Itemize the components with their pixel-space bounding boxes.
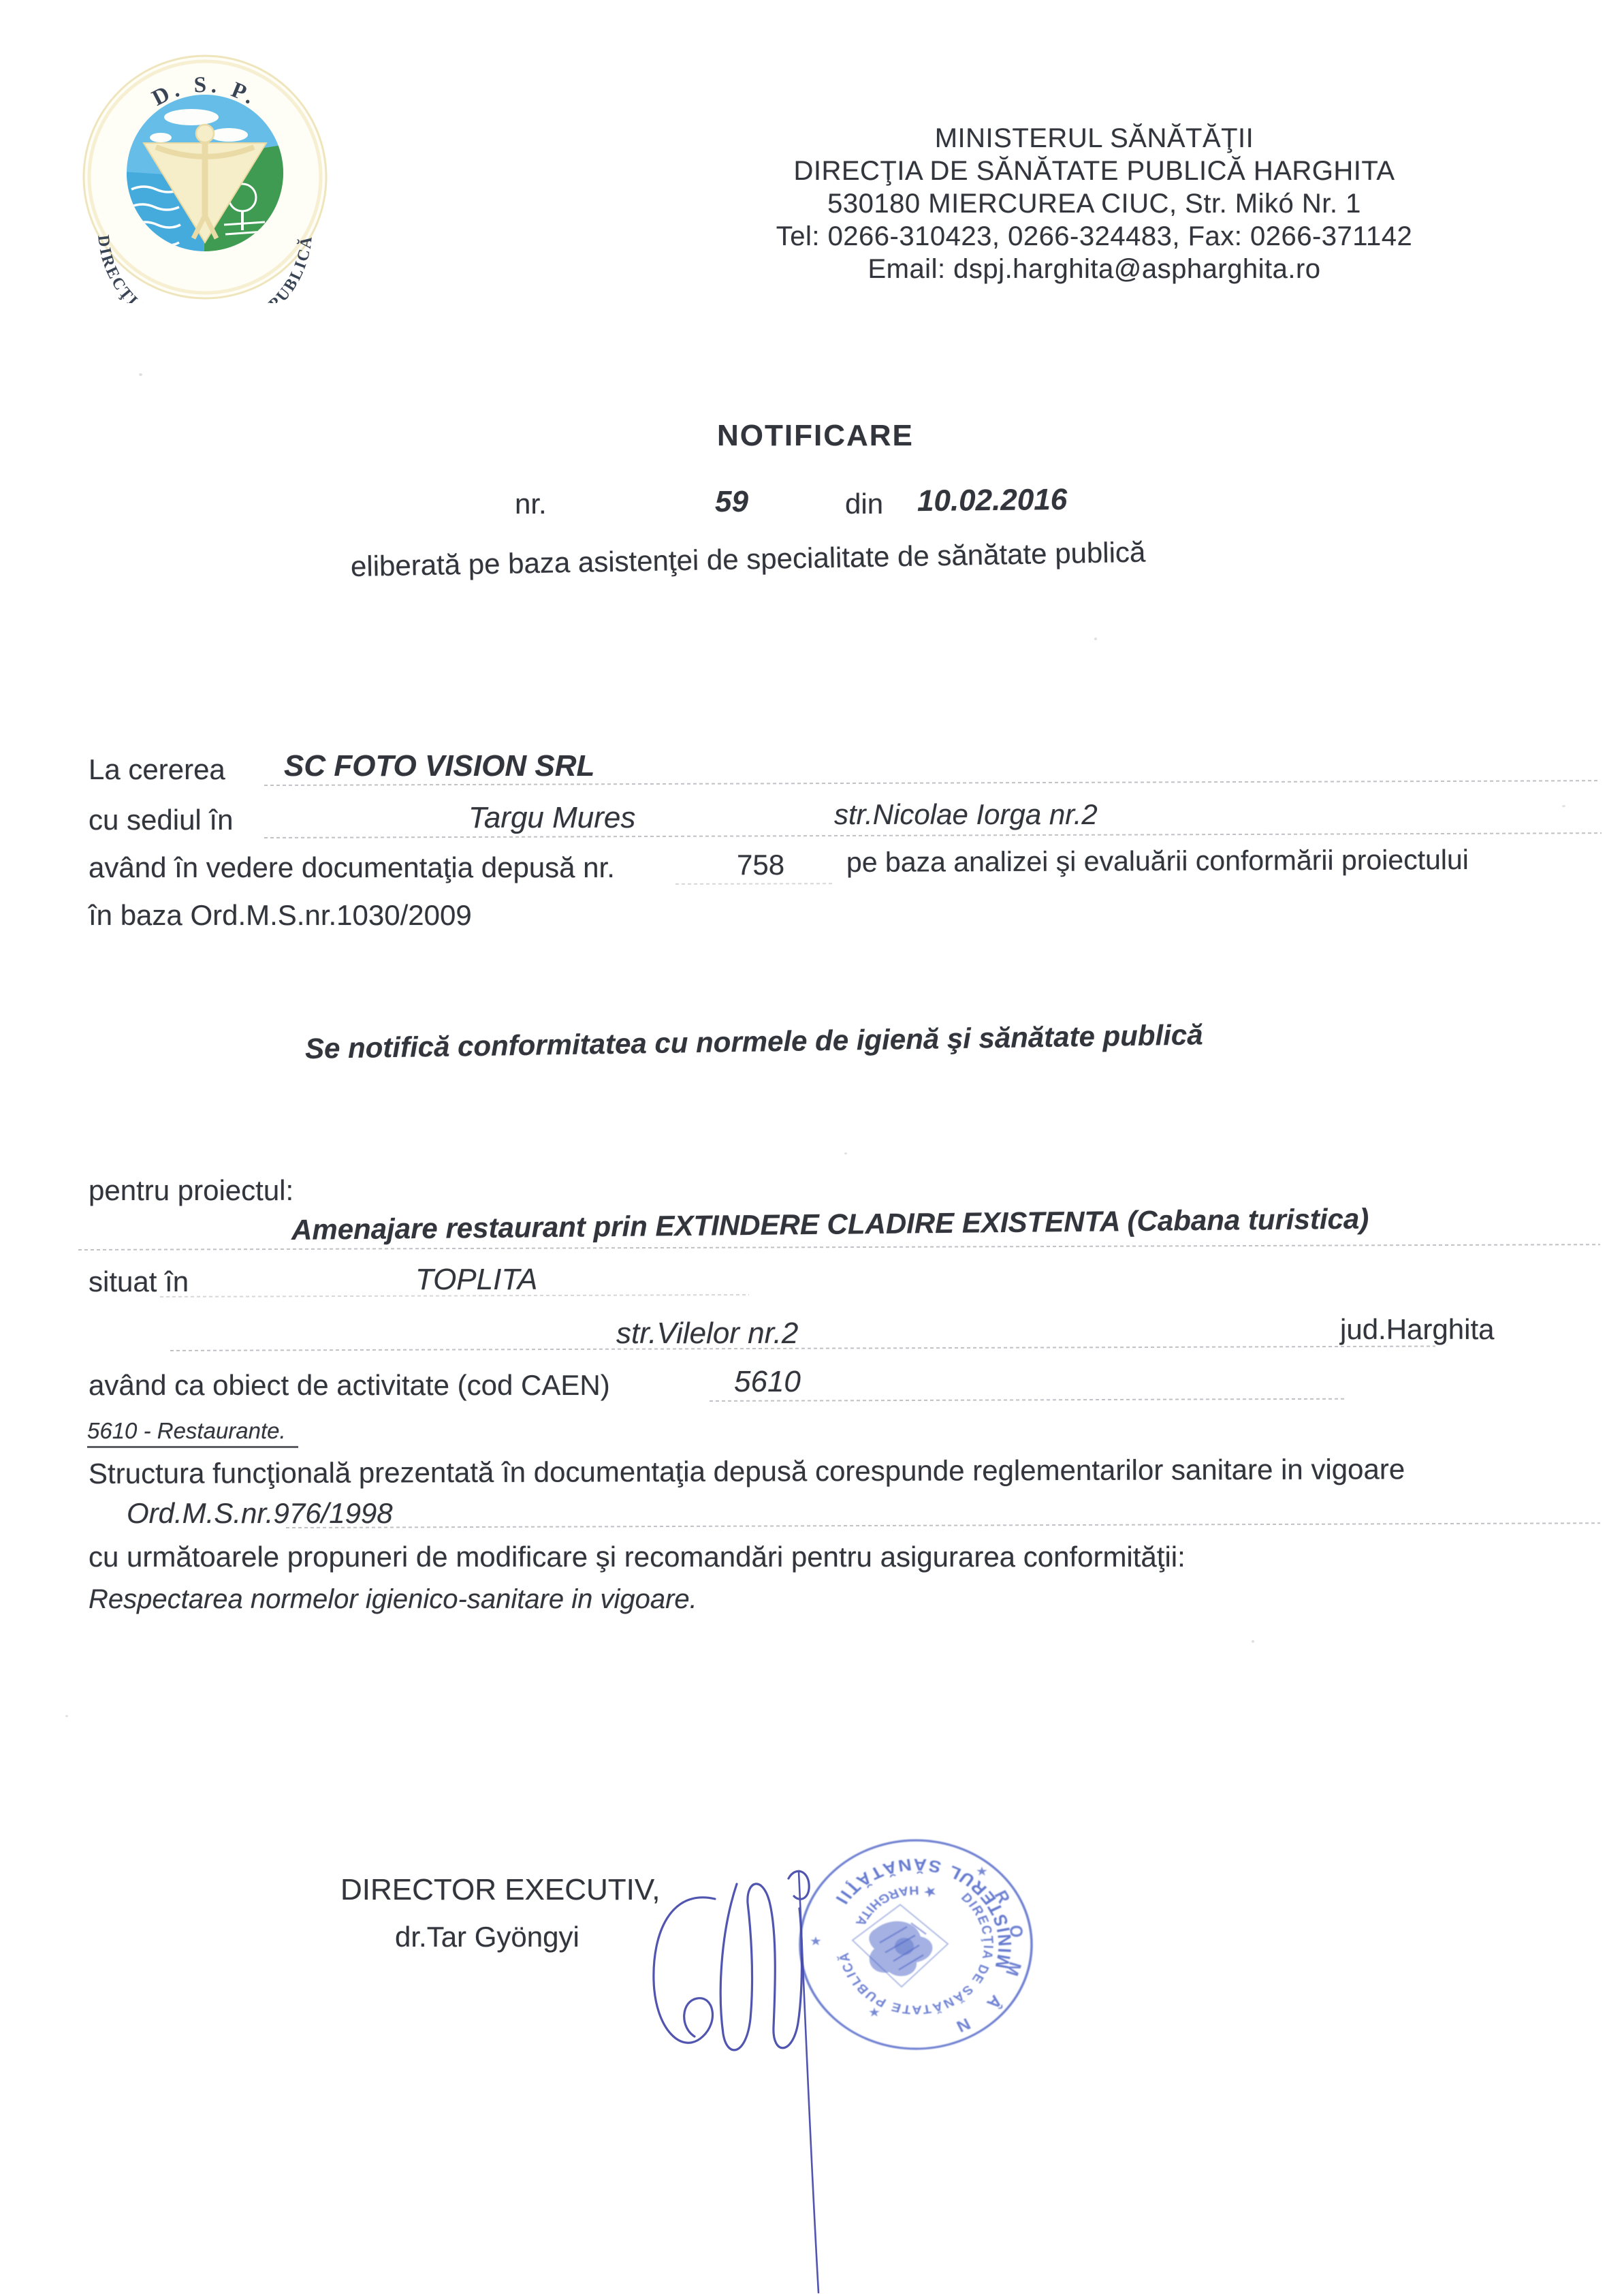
county-field: jud.Harghita — [1340, 1313, 1494, 1346]
city-field: Targu Mures — [468, 801, 635, 836]
scan-speck — [1252, 1640, 1254, 1643]
company-field: SC FOTO VISION SRL — [284, 749, 594, 784]
dotted-line — [170, 1346, 1435, 1351]
cloud-icon — [210, 128, 248, 142]
locality-field: TOPLITA — [415, 1263, 537, 1298]
scan-speck — [1094, 638, 1097, 640]
scan-speck — [65, 1715, 68, 1717]
project-name-field: Amenajare restaurant prin EXTINDERE CLAD… — [291, 1202, 1369, 1246]
compliance-basis: Ord.M.S.nr.976/1998 — [127, 1497, 393, 1530]
scan-speck — [139, 373, 142, 376]
din-label: din — [845, 488, 883, 520]
document-subtitle: eliberată pe baza asistenţei de speciali… — [351, 536, 1146, 584]
caen-note: 5610 - Restaurante. — [87, 1418, 298, 1448]
la-cererea-label: La cererea — [89, 753, 225, 786]
date-value: 10.02.2016 — [917, 483, 1068, 519]
project-label: pentru proiectul: — [89, 1174, 293, 1207]
header-address: 530180 MIERCUREA CIUC, Str. Mikó Nr. 1 — [618, 188, 1571, 219]
header-email: Email: dspj.harghita@aspharghita.ro — [618, 253, 1571, 285]
header-directorate: DIRECŢIA DE SĂNĂTATE PUBLICĂ HARGHITA — [618, 155, 1571, 187]
dotted-line — [264, 832, 1602, 838]
doc-number-field: 758 — [737, 849, 784, 881]
doc-suffix: pe baza analizei şi evaluării conformări… — [846, 844, 1469, 879]
scan-speck — [1562, 805, 1565, 807]
proposals-label: cu următoarele propuneri de modificare ş… — [89, 1541, 1186, 1573]
dsp-logo-seal: D. S. P. DIRECŢIA DE SĂNĂTATE PUBLICĂ — [79, 51, 331, 303]
caen-label: având ca obiect de activitate (cod CAEN) — [89, 1369, 610, 1402]
dotted-line — [710, 1398, 1347, 1402]
dotted-line — [286, 1522, 1600, 1528]
document-title: NOTIFICARE — [717, 419, 914, 454]
notification-statement: Se notifică conformitatea cu normele de … — [305, 1018, 1203, 1065]
header-phones: Tel: 0266-310423, 0266-324483, Fax: 0266… — [618, 221, 1571, 252]
scan-speck — [844, 1152, 847, 1154]
caen-value-field: 5610 — [734, 1365, 801, 1400]
proposals-text: Respectarea normelor igienico-sanitare i… — [89, 1584, 697, 1615]
situat-label: situat în — [89, 1265, 189, 1298]
stamp-star-upper-right: ★ — [976, 1865, 988, 1878]
signatory-name: dr.Tar Gyöngyi — [395, 1921, 579, 1953]
street-field: str.Nicolae Iorga nr.2 — [834, 798, 1098, 831]
cloud-icon — [164, 109, 219, 125]
compliance-text: Structura funcţională prezentată în docu… — [89, 1453, 1405, 1490]
scanned-notification-document: D. S. P. DIRECŢIA DE SĂNĂTATE PUBLICĂ MI… — [0, 0, 1607, 2296]
dotted-line — [675, 883, 832, 885]
number-label: nr. — [515, 488, 547, 520]
number-value: 59 — [715, 485, 748, 520]
sediu-label: cu sediul în — [89, 804, 233, 836]
legal-basis: în baza Ord.M.S.nr.1030/2009 — [89, 899, 472, 932]
doc-label: având în vedere documentaţia depusă nr. — [89, 851, 615, 884]
stamp-star-bottom: ★ — [868, 2006, 880, 2019]
signatory-role: DIRECTOR EXECUTIV, — [340, 1873, 660, 1908]
header-ministry: MINISTERUL SĂNĂTĂŢII — [618, 123, 1571, 154]
project-street-field: str.Vilelor nr.2 — [616, 1317, 798, 1351]
handwritten-signature — [633, 1851, 868, 2296]
